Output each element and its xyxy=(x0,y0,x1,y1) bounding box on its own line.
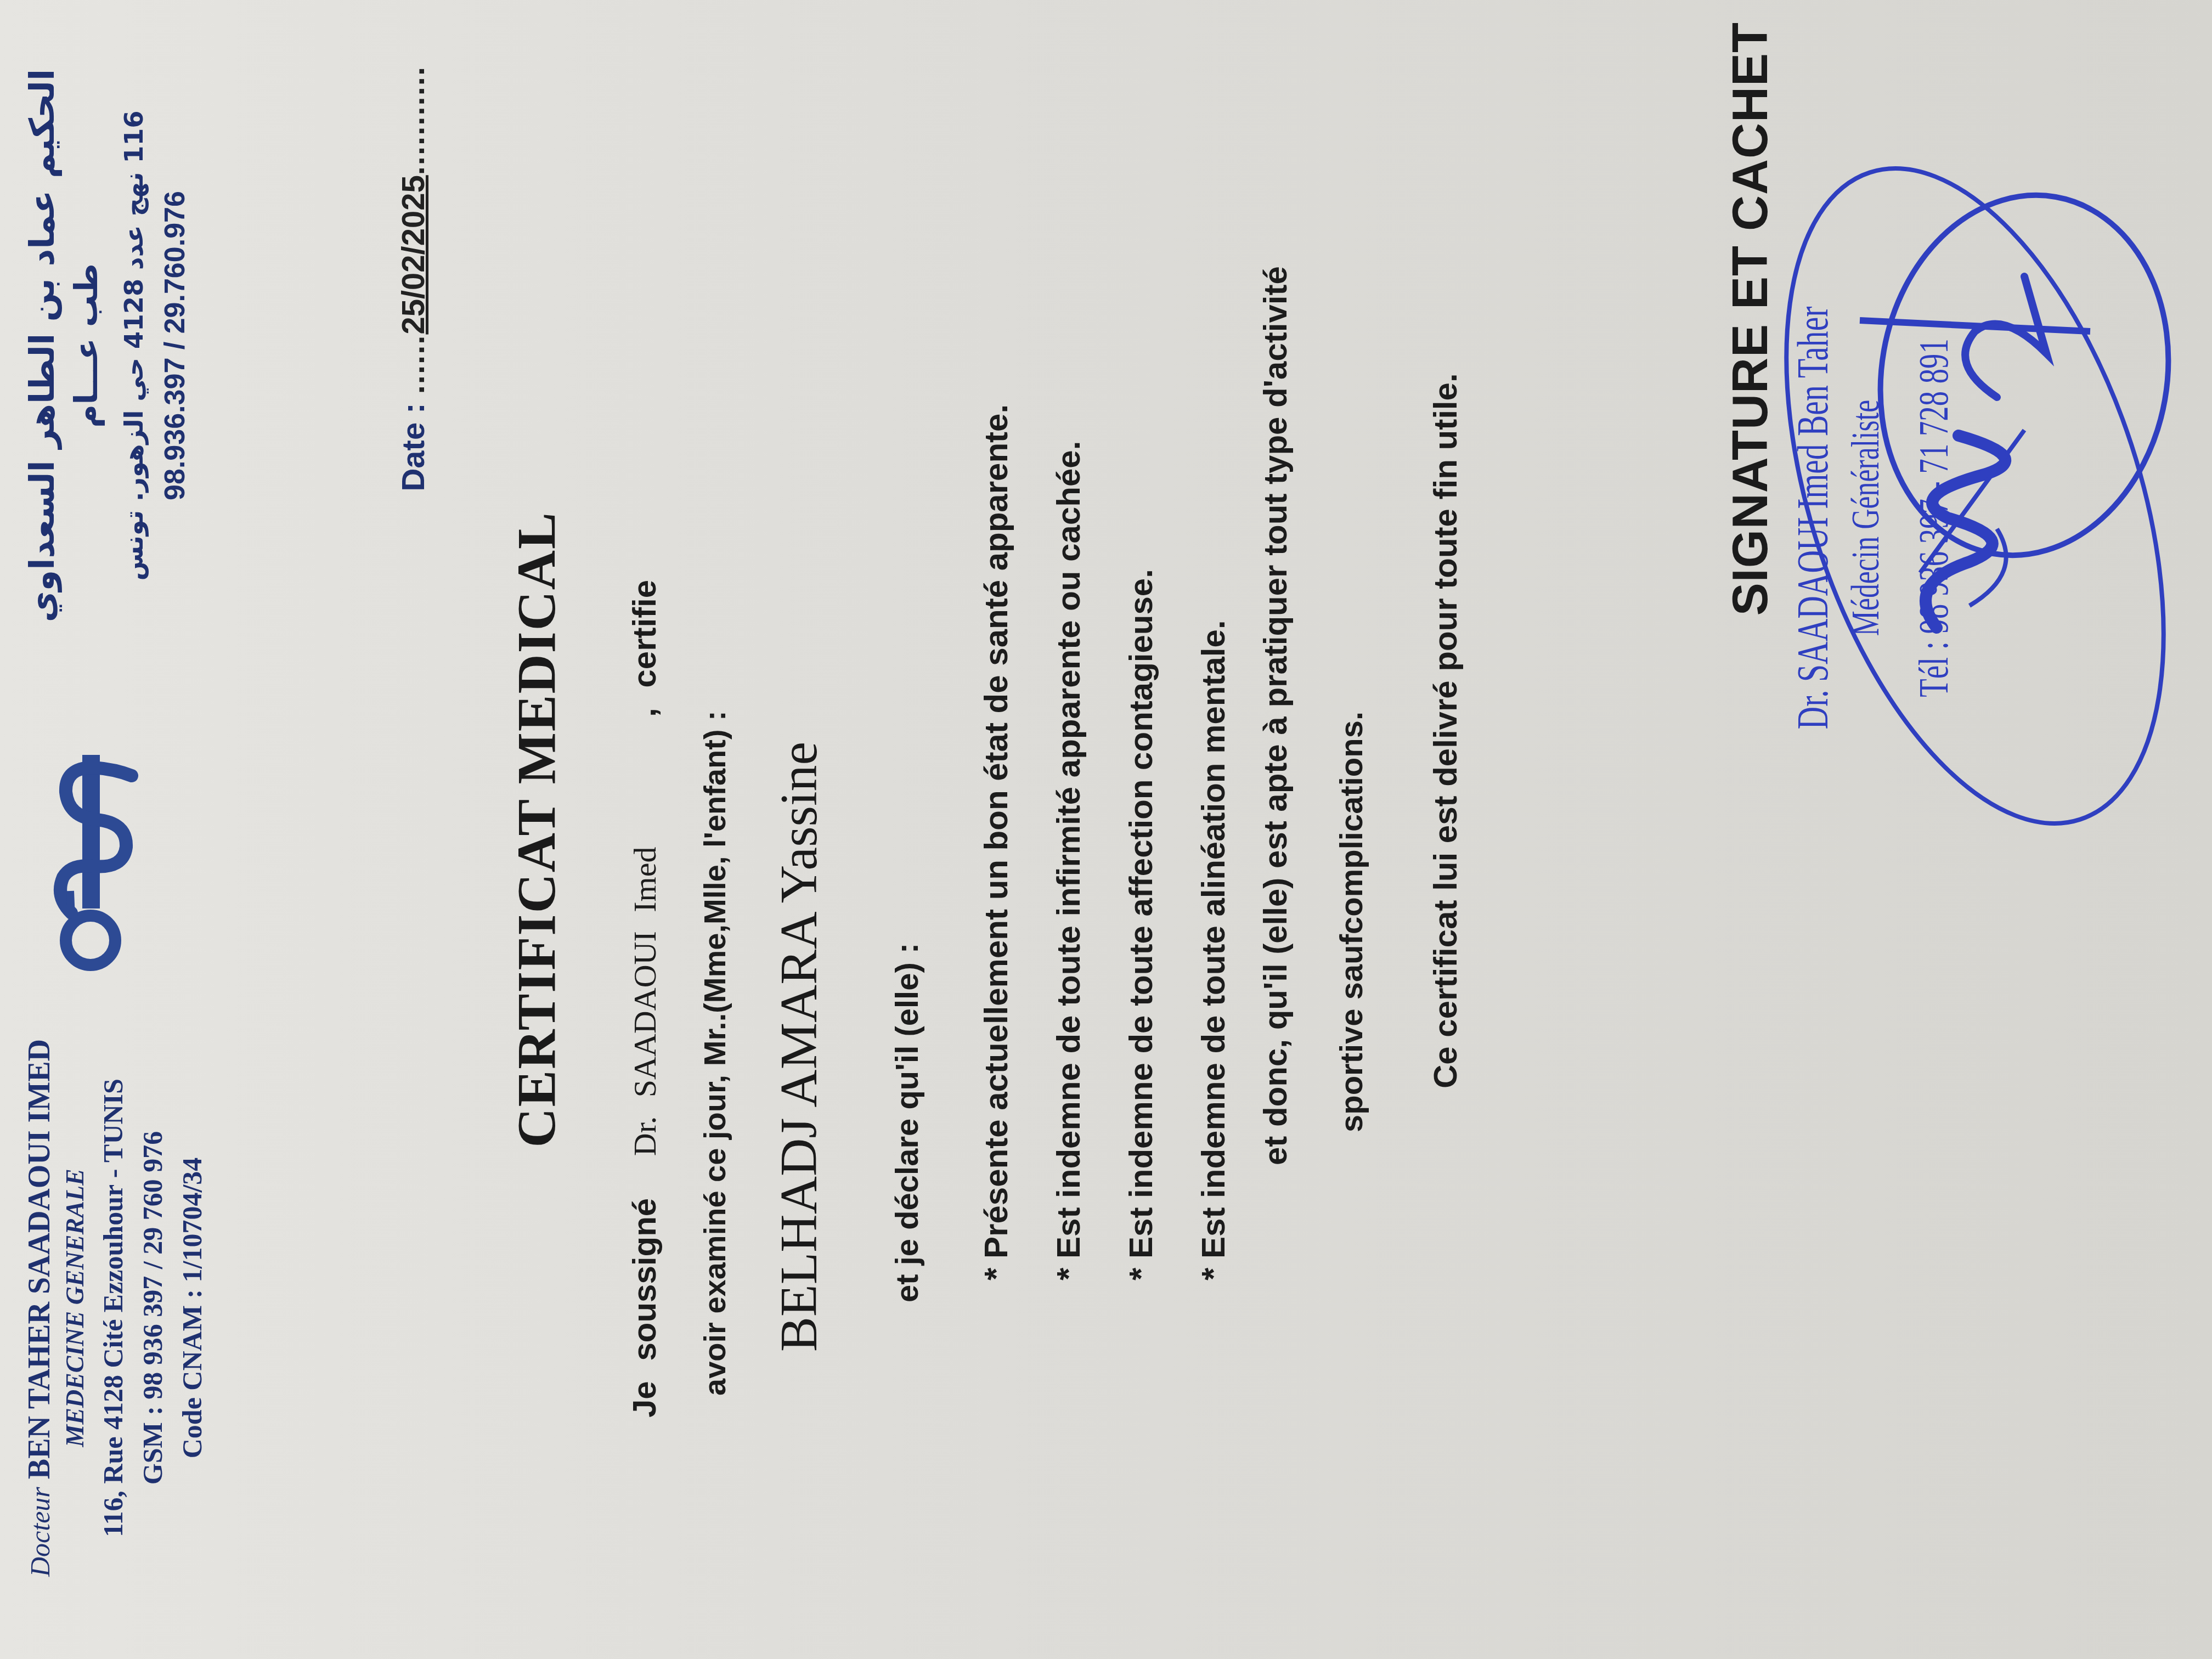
doctor-gsm: GSM : 98 936 397 / 29 760 976 xyxy=(137,979,168,1637)
aptitude-line-2: sportive saufcomplications. xyxy=(1333,712,1370,1132)
doctor-cnam-code: Code CNAM : 1/10704/34 xyxy=(176,979,208,1637)
aptitude-line-1: et donc, qu'il (elle) est apte à pratiqu… xyxy=(1256,266,1294,1165)
intro-line-1: Je soussigné Dr. SAADAOUI Imed , certifi… xyxy=(625,580,663,1418)
doctor-name: Docteur BEN TAHER SAADAOUI IMED xyxy=(22,979,57,1637)
intro-prefix: Je soussigné xyxy=(626,1198,663,1418)
statement-item: * Est indemne de toute infirmité apparen… xyxy=(1032,404,1105,1280)
statement-item: * Est indemne de toute alinéation mental… xyxy=(1177,404,1250,1280)
health-statements: * Présente actuellement un bon état de s… xyxy=(960,404,1250,1280)
stamp-name: Dr. SAADAOUI Imed Ben Taher xyxy=(1788,222,1838,814)
delivery-statement: Ce certificat lui est delivré pour toute… xyxy=(1426,373,1464,1088)
date-leader: ........... xyxy=(396,66,431,175)
statement-item: * Est indemne de toute affection contagi… xyxy=(1105,404,1177,1280)
letterhead-french: Docteur BEN TAHER SAADAOUI IMED MEDECINE… xyxy=(22,979,208,1637)
examining-doctor: Dr. SAADAOUI Imed xyxy=(627,847,663,1156)
caduceus-serpent-logo-icon xyxy=(33,743,143,973)
signature-label: SIGNATURE ET CACHET xyxy=(1723,22,1779,616)
letterhead-arabic: الحكيم عماد بن الطاهر السعداوي طب عـــام… xyxy=(22,44,191,647)
doctor-phones-arabic: 98.936.397 / 29.760.976 xyxy=(159,44,191,647)
doctor-address: 116, Rue 4128 Cité Ezzouhour - TUNIS xyxy=(97,979,129,1637)
date-value: 25/02/2025 xyxy=(396,175,431,334)
doctor-fullname: BEN TAHER SAADAOUI IMED xyxy=(22,1039,57,1479)
patient-name: BELHADJ AMARA Yassine xyxy=(768,742,829,1352)
doctor-specialty-arabic: طب عـــام xyxy=(67,44,105,647)
intro-suffix: , certifie xyxy=(626,580,663,717)
statement-item: * Présente actuellement un bon état de s… xyxy=(960,404,1032,1280)
doctor-stamp: Dr. SAADAOUI Imed Ben Taher Médecin Géné… xyxy=(1788,106,1958,929)
stamp-phone: Tél : 98 936 397 - 71 728 891 xyxy=(1910,222,1958,814)
doctor-specialty: MEDECINE GENERALE xyxy=(60,979,89,1637)
date-field: Date : ......25/02/2025........... xyxy=(395,66,432,492)
doctor-name-arabic: الحكيم عماد بن الطاهر السعداوي xyxy=(22,44,62,647)
certificate-title: CERTIFICAT MEDICAL xyxy=(505,0,568,1659)
doctor-address-arabic: 116 نهج عدد 4128 حي الزهور. تونس xyxy=(119,44,149,647)
declaration-intro: et je déclare qu'il (elle) : xyxy=(889,943,926,1302)
medical-certificate-page: Docteur BEN TAHER SAADAOUI IMED MEDECINE… xyxy=(0,0,2212,1659)
doctor-prefix: Docteur xyxy=(25,1487,55,1577)
date-label: Date : xyxy=(396,403,431,491)
intro-line-2: avoir examiné ce jour, Mr..(Mme,Mlle, l'… xyxy=(697,710,732,1396)
stamp-specialty: Médecin Généraliste xyxy=(1843,222,1888,814)
date-leader: ...... xyxy=(396,335,431,394)
